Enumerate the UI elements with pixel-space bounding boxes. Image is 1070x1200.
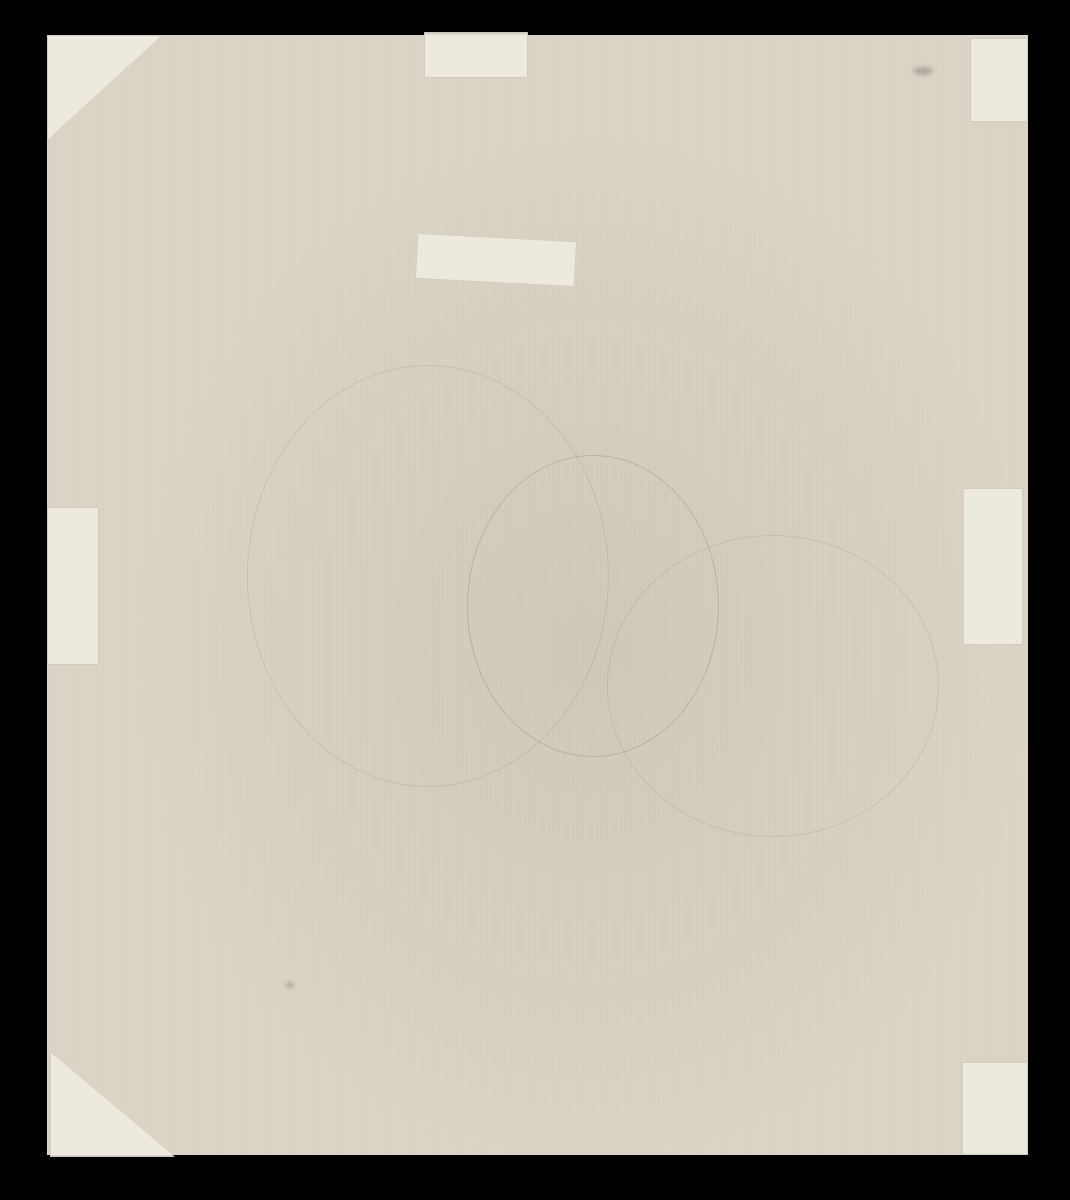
smudge: [913, 67, 933, 75]
tape-top-right: [970, 38, 1028, 122]
paper-sheet: [47, 35, 1028, 1155]
tape-upper-center: [415, 233, 577, 287]
tape-right-middle: [963, 488, 1023, 645]
smudge: [286, 982, 294, 988]
faint-sketch-arc-2: [607, 535, 939, 837]
faint-sketch-arc: [247, 365, 609, 787]
tape-left-middle: [47, 507, 99, 665]
tape-top-center: [424, 32, 528, 78]
tape-bottom-right: [962, 1062, 1028, 1155]
